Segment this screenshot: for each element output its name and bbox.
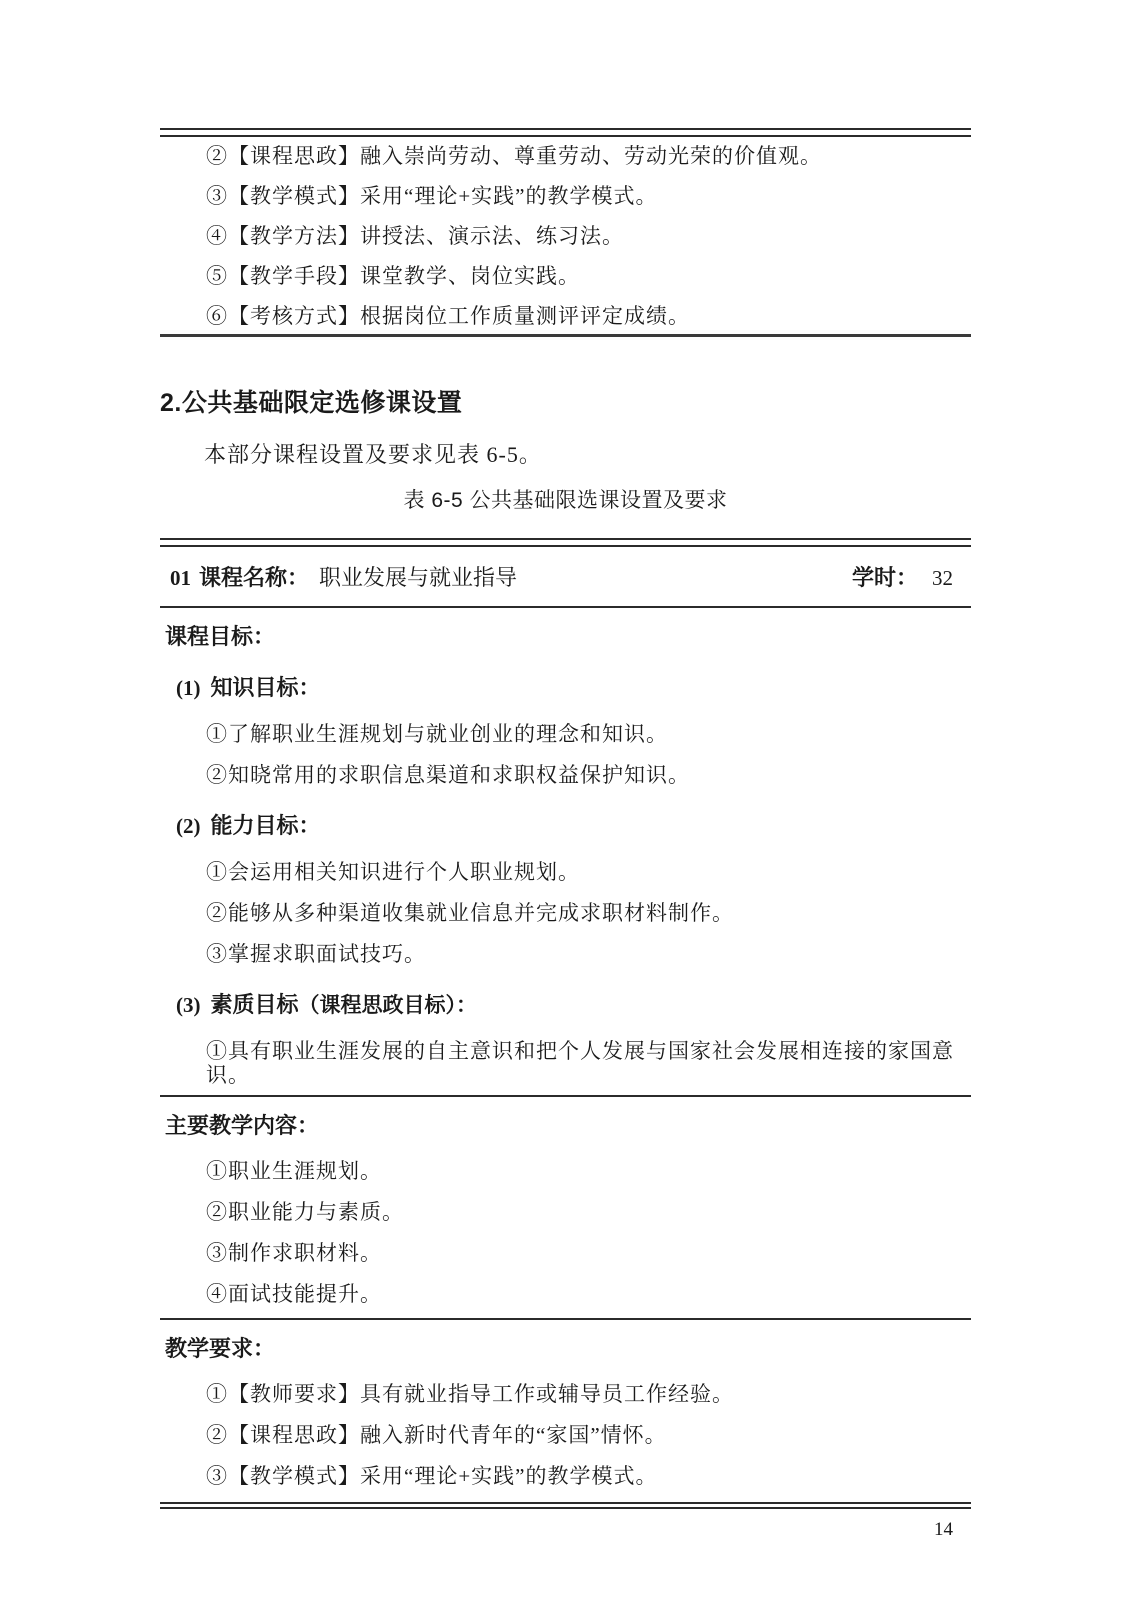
list-item: ③【教学模式】采用“理论+实践”的教学模式。 [160, 1464, 971, 1488]
table-bottom-rule [160, 334, 971, 337]
group-number: (2) [176, 814, 201, 838]
page-content: ②【课程思政】融入崇尚劳动、尊重劳动、劳动光荣的价值观。 ③【教学模式】采用“理… [160, 0, 971, 1541]
list-item: ①了解职业生涯规划与就业创业的理念和知识。 [160, 722, 971, 746]
course-number: 01 [170, 566, 191, 591]
list-item: ④【教学方法】讲授法、演示法、练习法。 [206, 224, 971, 248]
group-name: 知识目标： [211, 675, 321, 700]
list-item: ②知晓常用的求职信息渠道和求职权益保护知识。 [160, 763, 971, 787]
objective-group-title: (2)能力目标： [160, 813, 971, 839]
group-number: (3) [176, 993, 201, 1017]
course-content-section: 主要教学内容： ①职业生涯规划。 ②职业能力与素质。 ③制作求职材料。 ④面试技… [160, 1113, 971, 1318]
list-item: ②能够从多种渠道收集就业信息并完成求职材料制作。 [160, 901, 971, 925]
table-caption: 表 6-5 公共基础限选课设置及要求 [160, 487, 971, 514]
list-item: ③制作求职材料。 [160, 1241, 971, 1265]
course-hours-value: 32 [932, 566, 953, 591]
row-separator-rule [160, 606, 971, 608]
objective-group-title: (1)知识目标： [160, 675, 971, 701]
group-name: 能力目标： [211, 813, 321, 838]
course-objectives-section: 课程目标： (1)知识目标： ①了解职业生涯规划与就业创业的理念和知识。 ②知晓… [160, 624, 971, 1095]
previous-table-continuation: ②【课程思政】融入崇尚劳动、尊重劳动、劳动光荣的价值观。 ③【教学模式】采用“理… [160, 128, 971, 337]
requirements-title: 教学要求： [160, 1336, 971, 1361]
list-item: ②【课程思政】融入新时代青年的“家国”情怀。 [160, 1423, 971, 1447]
list-item: ①职业生涯规划。 [160, 1159, 971, 1183]
course-hours-label: 学时： [852, 561, 918, 592]
group-suffix: （课程思政目标）： [299, 993, 478, 1017]
course-name-group: 01 课程名称： 职业发展与就业指导 [170, 561, 517, 592]
course-header-row: 01 课程名称： 职业发展与就业指导 学时： 32 [160, 547, 971, 606]
list-item: ②【课程思政】融入崇尚劳动、尊重劳动、劳动光荣的价值观。 [206, 144, 971, 168]
course-hours-group: 学时： 32 [852, 561, 953, 592]
course-table: 01 课程名称： 职业发展与就业指导 学时： 32 课程目标： (1)知识目标：… [160, 538, 971, 1509]
course-name-label: 课程名称： [199, 561, 309, 592]
list-item: ①具有职业生涯发展的自主意识和把个人发展与国家社会发展相连接的家国意识。 [160, 1039, 971, 1087]
row-separator-rule [160, 1318, 971, 1320]
content-title: 主要教学内容： [160, 1113, 971, 1138]
previous-table-items: ②【课程思政】融入崇尚劳动、尊重劳动、劳动光荣的价值观。 ③【教学模式】采用“理… [160, 137, 971, 334]
list-item: ⑥【考核方式】根据岗位工作质量测评评定成绩。 [206, 304, 971, 328]
list-item: ①会运用相关知识进行个人职业规划。 [160, 860, 971, 884]
course-table-top-double-rule [160, 538, 971, 547]
section-intro: 本部分课程设置及要求见表 6-5。 [160, 441, 971, 469]
list-item: ②职业能力与素质。 [160, 1200, 971, 1224]
list-item: ④面试技能提升。 [160, 1282, 971, 1306]
list-item: ⑤【教学手段】课堂教学、岗位实践。 [206, 264, 971, 288]
course-name-value: 职业发展与就业指导 [319, 561, 517, 592]
list-item: ①【教师要求】具有就业指导工作或辅导员工作经验。 [160, 1382, 971, 1406]
page-number: 14 [160, 1519, 971, 1541]
objectives-title: 课程目标： [160, 624, 971, 649]
section-heading: 2.公共基础限定选修课设置 [160, 390, 971, 417]
list-item: ③【教学模式】采用“理论+实践”的教学模式。 [206, 184, 971, 208]
group-number: (1) [176, 676, 201, 700]
objective-group-title: (3)素质目标（课程思政目标）： [160, 992, 971, 1018]
group-name: 素质目标 [211, 992, 299, 1017]
document-page: ②【课程思政】融入崇尚劳动、尊重劳动、劳动光荣的价值观。 ③【教学模式】采用“理… [0, 0, 1131, 1600]
table-top-double-rule [160, 128, 971, 137]
list-item: ③掌握求职面试技巧。 [160, 942, 971, 966]
course-requirements-section: 教学要求： ①【教师要求】具有就业指导工作或辅导员工作经验。 ②【课程思政】融入… [160, 1336, 971, 1502]
course-table-bottom-double-rule [160, 1502, 971, 1509]
row-separator-rule [160, 1095, 971, 1097]
